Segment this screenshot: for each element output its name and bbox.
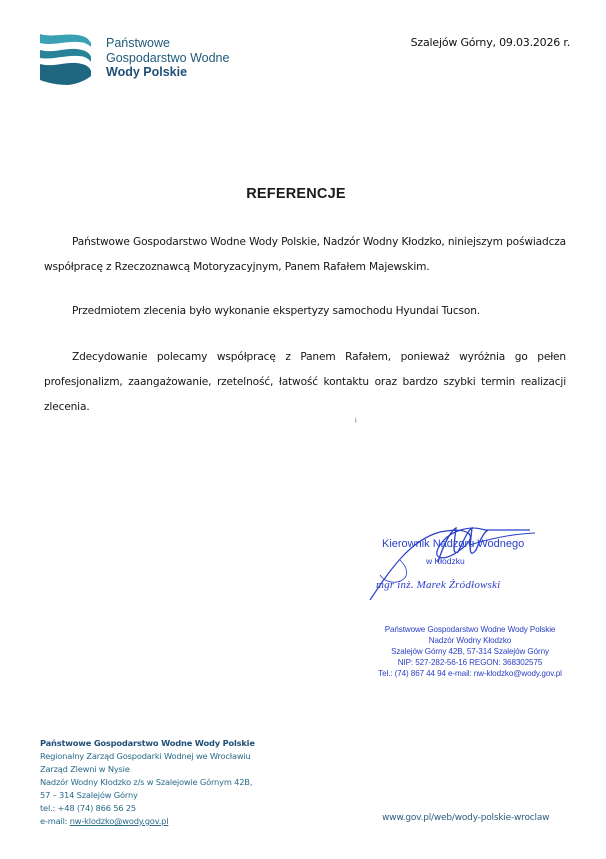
logo-text: Państwowe Gospodarstwo Wodne Wody Polski… <box>106 36 229 80</box>
footer-address: Państwowe Gospodarstwo Wodne Wody Polski… <box>40 737 255 828</box>
footer-line: 57 – 314 Szalejów Górny <box>40 789 255 802</box>
signature-block: Kierownik Nadzoru Wodnego w Kłodzku mgr … <box>360 500 570 610</box>
stamp-line: Nadzór Wodny Kłodzko <box>370 635 570 646</box>
stamp-line: Państwowe Gospodarstwo Wodne Wody Polski… <box>370 624 570 635</box>
stamp-line: Tel.: (74) 867 44 94 e-mail: nw-klodzko@… <box>370 668 570 679</box>
footer-line: tel.: +48 (74) 866 56 25 <box>40 802 255 815</box>
logo-line-2: Gospodarstwo Wodne <box>106 51 229 66</box>
stamp-line: Szalejów Górny 42B, 57-314 Szalejów Górn… <box>370 646 570 657</box>
footer-line: Zarząd Zlewni w Nysie <box>40 763 255 776</box>
stamp-line: NIP: 527-282-56-16 REGON: 368302575 <box>370 657 570 668</box>
wody-polskie-waves-logo-icon <box>38 30 94 86</box>
logo-line-3: Wody Polskie <box>106 65 229 80</box>
document-title-text: REFERENCJE <box>246 186 346 202</box>
footer-line: Nadzór Wodny Kłodzko z/s w Szalejowie Gó… <box>40 776 255 789</box>
logo-line-1: Państwowe <box>106 36 229 51</box>
paragraph-1-text: Państwowe Gospodarstwo Wodne Wody Polski… <box>44 236 566 273</box>
footer-org: Państwowe Gospodarstwo Wodne Wody Polski… <box>40 737 255 750</box>
place-and-date: Szalejów Górny, 09.03.2026 r. <box>411 36 570 49</box>
footer-email-label: e-mail: <box>40 816 70 826</box>
footer-email-link[interactable]: nw-klodzko@wody.gov.pl <box>70 816 169 826</box>
footer-website[interactable]: www.gov.pl/web/wody-polskie-wroclaw <box>382 813 549 823</box>
wody-polskie-logo: Państwowe Gospodarstwo Wodne Wody Polski… <box>38 30 238 90</box>
paragraph-1: Państwowe Gospodarstwo Wodne Wody Polski… <box>44 230 566 280</box>
document-title: REFERENCJE <box>0 186 606 202</box>
footer-email-line: e-mail: nw-klodzko@wody.gov.pl <box>40 815 255 828</box>
footer-line: Regionalny Zarząd Gospodarki Wodnej we W… <box>40 750 255 763</box>
paragraph-3: Zdecydowanie polecamy współpracę z Panem… <box>44 345 566 420</box>
handwritten-signature-icon <box>360 500 570 610</box>
paragraph-3-text: Zdecydowanie polecamy współpracę z Panem… <box>44 351 566 413</box>
office-stamp: Państwowe Gospodarstwo Wodne Wody Polski… <box>370 624 570 679</box>
paragraph-2: Przedmiotem zlecenia było wykonanie eksp… <box>72 299 594 324</box>
stray-mark: ł <box>355 418 357 425</box>
